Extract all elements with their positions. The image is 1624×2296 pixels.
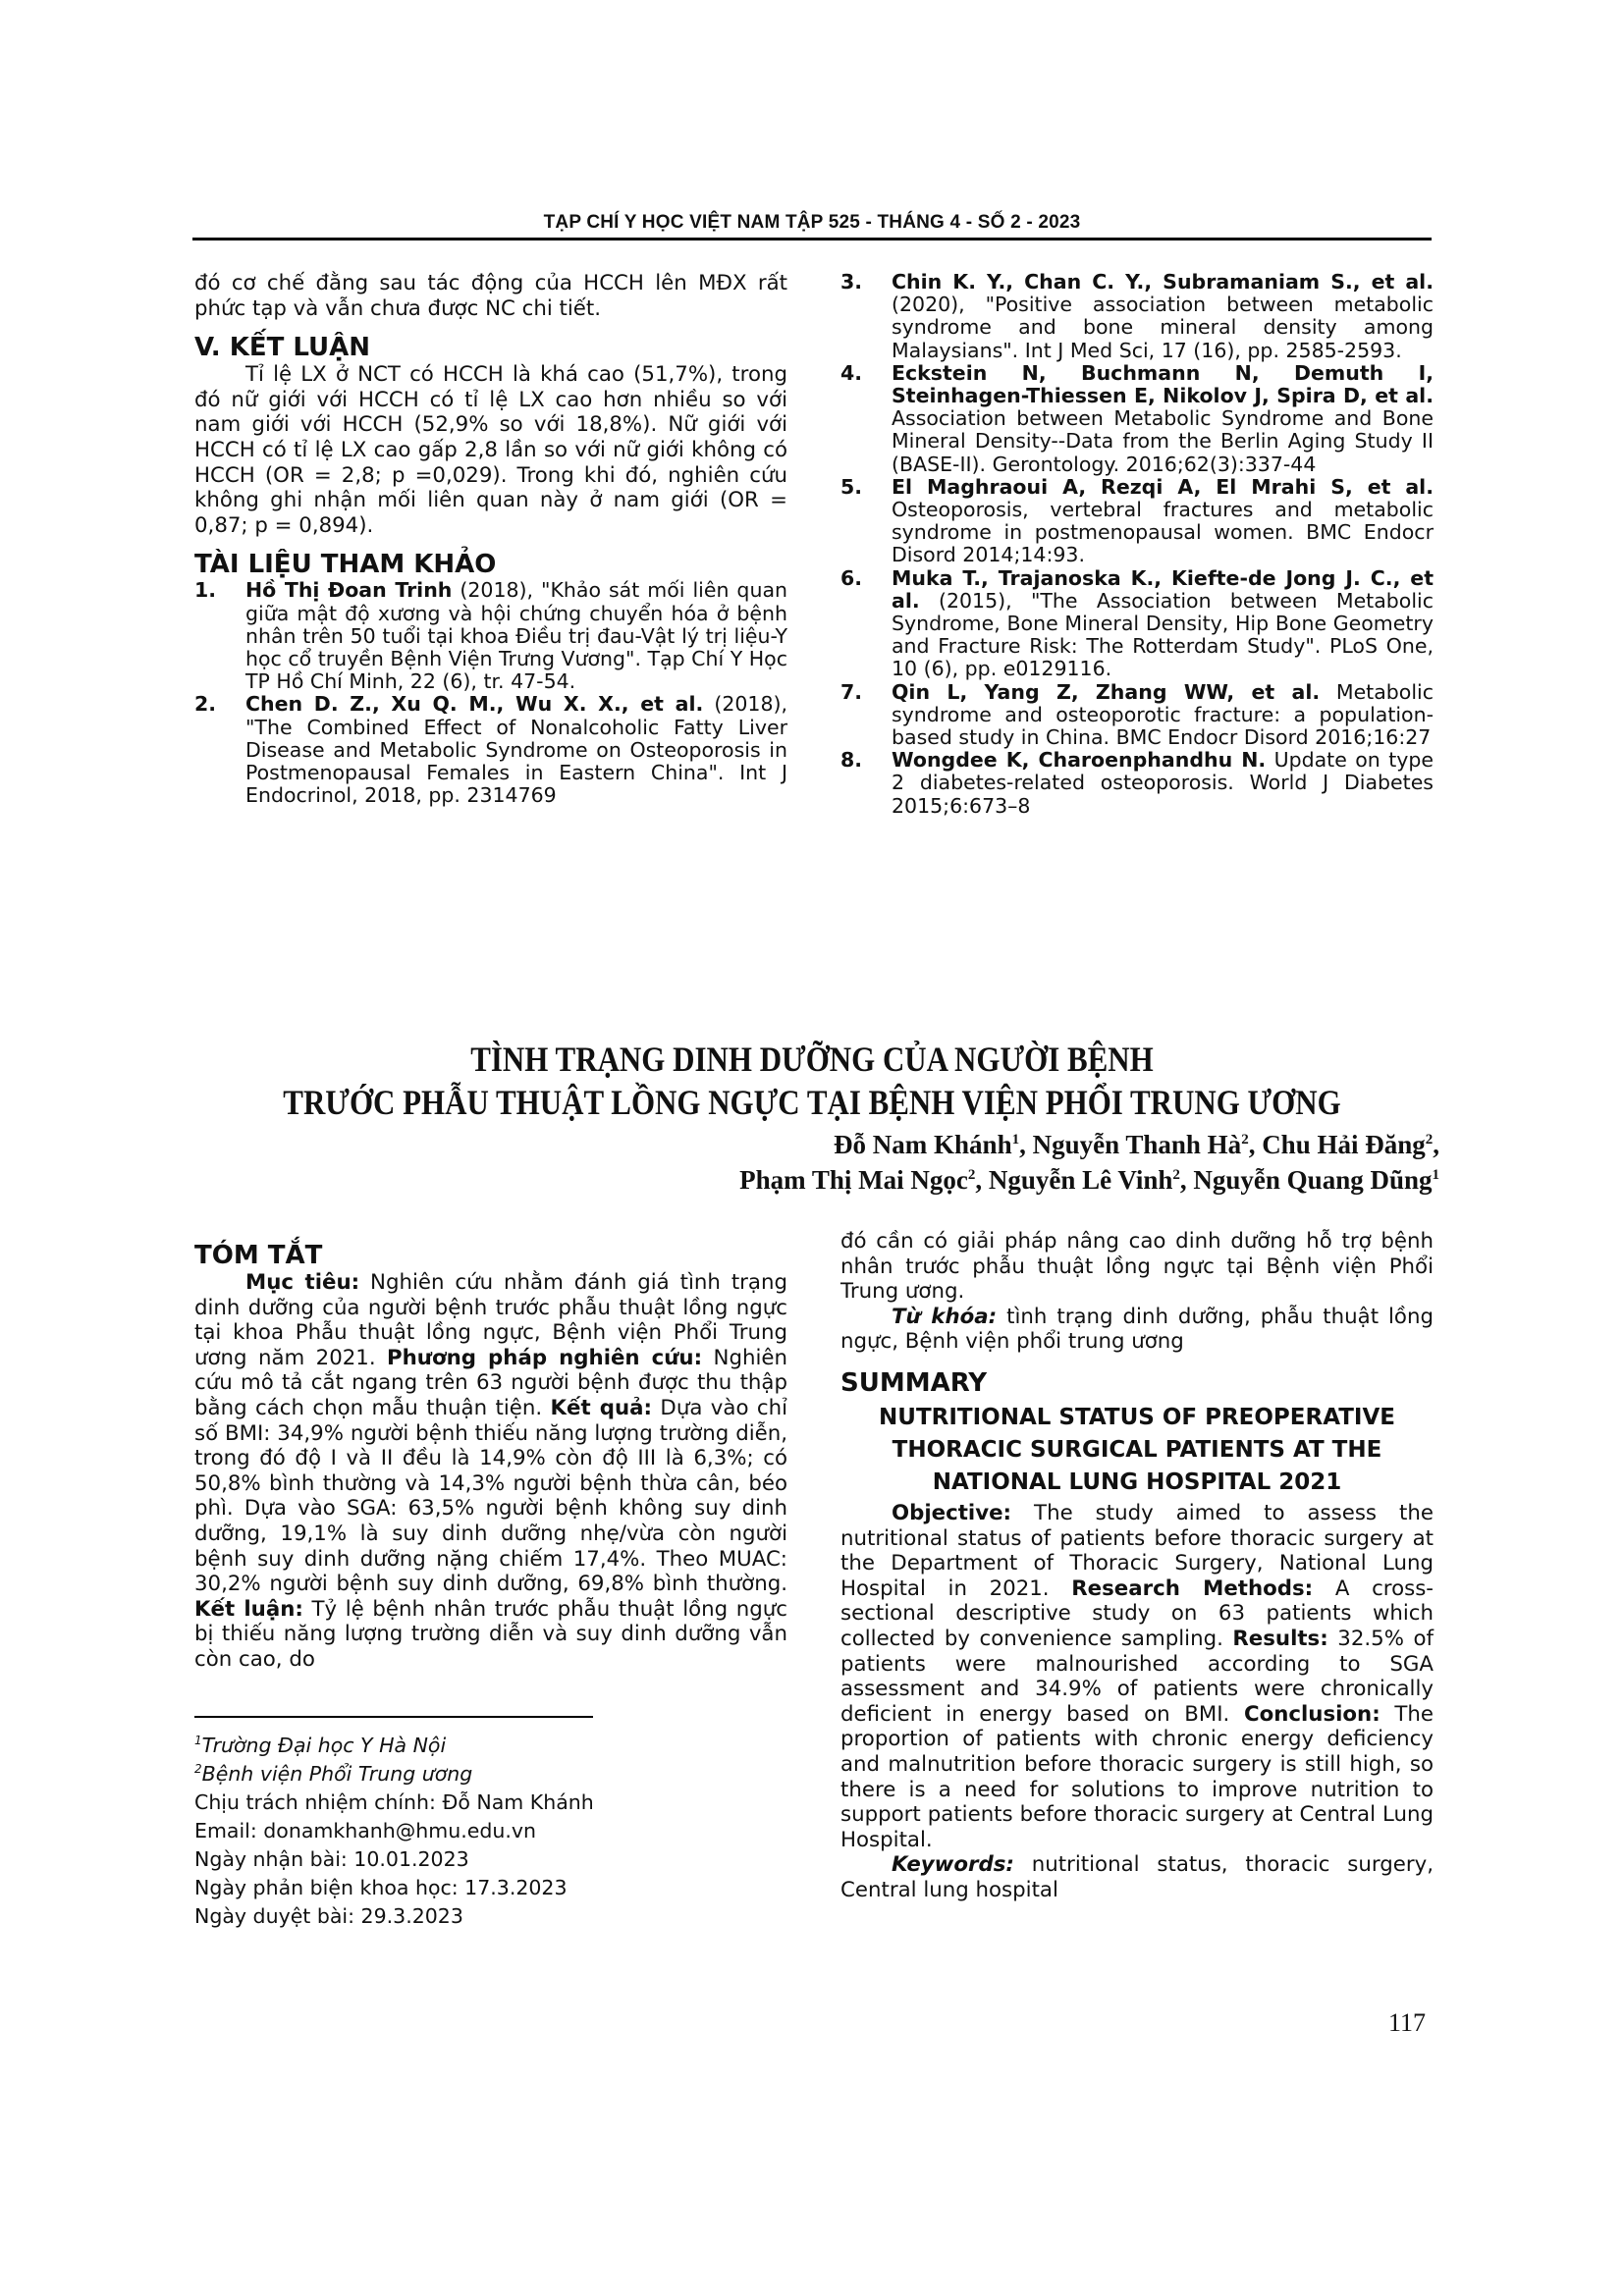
reference-item: 5.El Maghraoui A, Rezqi A, El Mrahi S, e…	[840, 476, 1434, 567]
reference-authors: Chen D. Z., Xu Q. M., Wu X. X., et al.	[245, 692, 703, 716]
email: Email: donamkhanh@hmu.edu.vn	[194, 1817, 787, 1845]
reference-list-part1: 1.Hồ Thị Đoan Trinh (2018), "Khảo sát mố…	[194, 579, 787, 807]
references-heading: TÀI LIỆU THAM KHẢO	[194, 550, 787, 579]
reference-item: 4.Eckstein N, Buchmann N, Demuth I, Stei…	[840, 362, 1434, 476]
reference-list-part2: 3.Chin K. Y., Chan C. Y., Subramaniam S.…	[840, 271, 1434, 818]
footnote-rule	[194, 1716, 593, 1718]
summary-body: Objective: The study aimed to assess the…	[840, 1501, 1434, 1852]
author-line2: Phạm Thị Mai Ngọc2, Nguyễn Lê Vinh2, Ngu…	[739, 1162, 1439, 1198]
summary-title: NUTRITIONAL STATUS OF PREOPERATIVE THORA…	[840, 1402, 1434, 1499]
header-rule	[192, 238, 1432, 240]
article-title: TÌNH TRẠNG DINH DƯỠNG CỦA NGƯỜI BỆNH TRƯ…	[279, 1038, 1344, 1124]
continuation-paragraph: đó cơ chế đằng sau tác động của HCCH lên…	[194, 271, 787, 321]
author-name: Nguyễn Lê Vinh	[989, 1165, 1173, 1195]
reference-authors: Eckstein N, Buchmann N, Demuth I, Steinh…	[892, 361, 1434, 407]
author-name: Nguyễn Thanh Hà	[1033, 1130, 1242, 1159]
received-date: Ngày nhận bài: 10.01.2023	[194, 1845, 787, 1874]
reference-item: 3.Chin K. Y., Chan C. Y., Subramaniam S.…	[840, 271, 1434, 362]
reference-item: 6.Muka T., Trajanoska K., Kiefte-de Jong…	[840, 567, 1434, 681]
abstract-vi-heading: TÓM TẮT	[194, 1241, 787, 1270]
accepted-date: Ngày duyệt bài: 29.3.2023	[194, 1902, 787, 1931]
previous-article-right-column: 3.Chin K. Y., Chan C. Y., Subramaniam S.…	[840, 271, 1434, 818]
abstract-vi-body: Mục tiêu: Nghiên cứu nhằm đánh giá tình …	[194, 1270, 787, 1673]
abstract-vi-continuation: đó cần có giải pháp nâng cao dinh dưỡng …	[840, 1229, 1434, 1305]
author-name: Đỗ Nam Khánh	[834, 1130, 1012, 1159]
keywords-vi: Từ khóa: tình trạng dinh dưỡng, phẫu thu…	[840, 1305, 1434, 1355]
article-title-line1: TÌNH TRẠNG DINH DƯỠNG CỦA NGƯỜI BỆNH	[279, 1038, 1344, 1081]
conclusion-paragraph: Tỉ lệ LX ở NCT có HCCH là khá cao (51,7%…	[194, 362, 787, 538]
keywords-en: Keywords: nutritional status, thoracic s…	[840, 1852, 1434, 1902]
author-name: Phạm Thị Mai Ngọc	[739, 1165, 968, 1195]
review-date: Ngày phản biện khoa học: 17.3.2023	[194, 1874, 787, 1902]
author-name: Nguyễn Quang Dũng	[1193, 1165, 1432, 1195]
abstract-en-column: đó cần có giải pháp nâng cao dinh dưỡng …	[840, 1229, 1434, 1902]
reference-item: 1.Hồ Thị Đoan Trinh (2018), "Khảo sát mố…	[194, 579, 787, 693]
author-list: Đỗ Nam Khánh1, Nguyễn Thanh Hà2, Chu Hải…	[739, 1127, 1439, 1198]
reference-authors: Qin L, Yang Z, Zhang WW, et al.	[892, 680, 1320, 704]
conclusion-heading: V. KẾT LUẬN	[194, 333, 787, 362]
affiliation-2: 2Bệnh viện Phổi Trung ương	[194, 1760, 787, 1789]
reference-authors: Chin K. Y., Chan C. Y., Subramaniam S., …	[892, 270, 1434, 294]
running-head: TẠP CHÍ Y HỌC VIỆT NAM TẬP 525 - THÁNG 4…	[192, 212, 1432, 234]
reference-authors: El Maghraoui A, Rezqi A, El Mrahi S, et …	[892, 475, 1434, 499]
reference-authors: Hồ Thị Đoan Trinh	[245, 578, 452, 602]
summary-heading: SUMMARY	[840, 1368, 1434, 1398]
author-name: Chu Hải Đăng	[1262, 1130, 1426, 1159]
abstract-vi-column: TÓM TẮT Mục tiêu: Nghiên cứu nhằm đánh g…	[194, 1241, 787, 1931]
article-title-line2: TRƯỚC PHẪU THUẬT LỒNG NGỰC TẠI BỆNH VIỆN…	[279, 1081, 1344, 1124]
reference-authors: Wongdee K, Charoenphandhu N.	[892, 748, 1266, 772]
footnotes: 1Trường Đại học Y Hà Nội 2Bệnh viện Phổi…	[194, 1732, 787, 1931]
page-number: 117	[1388, 2008, 1426, 2038]
reference-item: 8.Wongdee K, Charoenphandhu N. Update on…	[840, 749, 1434, 818]
author-line1: Đỗ Nam Khánh1, Nguyễn Thanh Hà2, Chu Hải…	[739, 1127, 1439, 1162]
reference-item: 7.Qin L, Yang Z, Zhang WW, et al. Metabo…	[840, 681, 1434, 750]
previous-article-left-column: đó cơ chế đằng sau tác động của HCCH lên…	[194, 271, 787, 807]
affiliation-1: 1Trường Đại học Y Hà Nội	[194, 1732, 787, 1760]
corresponding-author: Chịu trách nhiệm chính: Đỗ Nam Khánh	[194, 1789, 787, 1817]
reference-item: 2.Chen D. Z., Xu Q. M., Wu X. X., et al.…	[194, 693, 787, 807]
